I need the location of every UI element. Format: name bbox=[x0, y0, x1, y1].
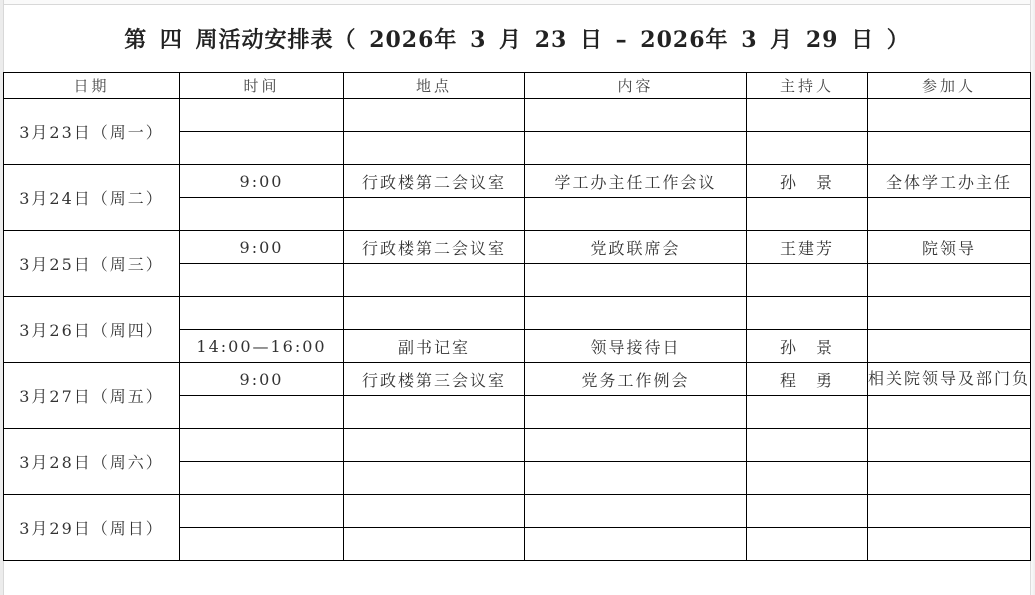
table-row: 3月23日（周一） bbox=[4, 99, 1031, 132]
schedule-table: 日期 时间 地点 内容 主持人 参加人 3月23日（周一） 3月24日（周二） bbox=[3, 72, 1031, 561]
header-content[interactable]: 内容 bbox=[525, 73, 747, 99]
host-cell[interactable]: 王建芳 bbox=[747, 231, 868, 264]
time-cell[interactable] bbox=[180, 132, 344, 165]
host-cell[interactable]: 程 勇 bbox=[747, 363, 868, 396]
content-cell[interactable] bbox=[525, 396, 747, 429]
time-cell[interactable]: 9:00 bbox=[180, 363, 344, 396]
content-cell[interactable] bbox=[525, 297, 747, 330]
content-cell[interactable] bbox=[525, 198, 747, 231]
time-cell[interactable]: 9:00 bbox=[180, 231, 344, 264]
attendees-cell[interactable] bbox=[868, 396, 1031, 429]
attendees-cell[interactable] bbox=[868, 132, 1031, 165]
host-cell[interactable] bbox=[747, 132, 868, 165]
date-cell[interactable]: 3月25日（周三） bbox=[4, 231, 180, 297]
attendees-cell[interactable]: 院领导 bbox=[868, 231, 1031, 264]
host-cell[interactable] bbox=[747, 429, 868, 462]
date-cell[interactable]: 3月28日（周六） bbox=[4, 429, 180, 495]
time-cell[interactable]: 9:00 bbox=[180, 165, 344, 198]
place-cell[interactable] bbox=[344, 429, 525, 462]
place-cell[interactable] bbox=[344, 528, 525, 561]
place-cell[interactable]: 副书记室 bbox=[344, 330, 525, 363]
attendees-cell[interactable]: 相关院领导及部门负责人 bbox=[868, 363, 1031, 396]
host-cell[interactable] bbox=[747, 99, 868, 132]
time-cell[interactable] bbox=[180, 528, 344, 561]
content-cell[interactable] bbox=[525, 495, 747, 528]
place-cell[interactable]: 行政楼第三会议室 bbox=[344, 363, 525, 396]
time-cell[interactable] bbox=[180, 198, 344, 231]
time-cell[interactable] bbox=[180, 264, 344, 297]
content-cell[interactable]: 党务工作例会 bbox=[525, 363, 747, 396]
time-cell[interactable]: 14:00—16:00 bbox=[180, 330, 344, 363]
place-cell[interactable]: 行政楼第二会议室 bbox=[344, 231, 525, 264]
content-cell[interactable]: 领导接待日 bbox=[525, 330, 747, 363]
date-cell[interactable]: 3月24日（周二） bbox=[4, 165, 180, 231]
place-cell[interactable] bbox=[344, 264, 525, 297]
place-cell[interactable] bbox=[344, 396, 525, 429]
place-cell[interactable] bbox=[344, 297, 525, 330]
time-cell[interactable] bbox=[180, 429, 344, 462]
attendees-cell[interactable] bbox=[868, 99, 1031, 132]
host-cell[interactable] bbox=[747, 528, 868, 561]
content-cell[interactable] bbox=[525, 132, 747, 165]
header-host[interactable]: 主持人 bbox=[747, 73, 868, 99]
content-cell[interactable] bbox=[525, 264, 747, 297]
time-cell[interactable] bbox=[180, 495, 344, 528]
host-cell[interactable] bbox=[747, 198, 868, 231]
header-attendees[interactable]: 参加人 bbox=[868, 73, 1031, 99]
host-cell[interactable] bbox=[747, 462, 868, 495]
date-cell[interactable]: 3月23日（周一） bbox=[4, 99, 180, 165]
content-cell[interactable] bbox=[525, 528, 747, 561]
attendees-cell[interactable] bbox=[868, 198, 1031, 231]
time-cell[interactable] bbox=[180, 297, 344, 330]
page-title: 第 四 周活动安排表（ 2026年 3 月 23 日 – 2026年 3 月 2… bbox=[4, 5, 1030, 72]
attendees-cell[interactable]: 全体学工办主任 bbox=[868, 165, 1031, 198]
content-cell[interactable]: 党政联席会 bbox=[525, 231, 747, 264]
header-time[interactable]: 时间 bbox=[180, 73, 344, 99]
attendees-cell[interactable] bbox=[868, 297, 1031, 330]
date-cell[interactable]: 3月29日（周日） bbox=[4, 495, 180, 561]
header-row: 日期 时间 地点 内容 主持人 参加人 bbox=[4, 73, 1031, 99]
host-cell[interactable] bbox=[747, 495, 868, 528]
host-cell[interactable] bbox=[747, 297, 868, 330]
header-date[interactable]: 日期 bbox=[4, 73, 180, 99]
time-cell[interactable] bbox=[180, 99, 344, 132]
table-row: 3月24日（周二） 9:00 行政楼第二会议室 学工办主任工作会议 孙 景 全体… bbox=[4, 165, 1031, 198]
host-cell[interactable] bbox=[747, 264, 868, 297]
header-place[interactable]: 地点 bbox=[344, 73, 525, 99]
table-row: 3月27日（周五） 9:00 行政楼第三会议室 党务工作例会 程 勇 相关院领导… bbox=[4, 363, 1031, 396]
table-row: 3月26日（周四） bbox=[4, 297, 1031, 330]
table-row: 3月25日（周三） 9:00 行政楼第二会议室 党政联席会 王建芳 院领导 bbox=[4, 231, 1031, 264]
place-cell[interactable] bbox=[344, 495, 525, 528]
place-cell[interactable] bbox=[344, 132, 525, 165]
host-cell[interactable]: 孙 景 bbox=[747, 165, 868, 198]
host-cell[interactable]: 孙 景 bbox=[747, 330, 868, 363]
table-row: 3月28日（周六） bbox=[4, 429, 1031, 462]
date-cell[interactable]: 3月27日（周五） bbox=[4, 363, 180, 429]
content-cell[interactable] bbox=[525, 429, 747, 462]
place-cell[interactable] bbox=[344, 99, 525, 132]
attendees-cell[interactable] bbox=[868, 528, 1031, 561]
table-row: 3月29日（周日） bbox=[4, 495, 1031, 528]
place-cell[interactable] bbox=[344, 462, 525, 495]
time-cell[interactable] bbox=[180, 396, 344, 429]
place-cell[interactable] bbox=[344, 198, 525, 231]
attendees-cell[interactable] bbox=[868, 462, 1031, 495]
place-cell[interactable]: 行政楼第二会议室 bbox=[344, 165, 525, 198]
date-cell[interactable]: 3月26日（周四） bbox=[4, 297, 180, 363]
attendees-cell[interactable] bbox=[868, 495, 1031, 528]
attendees-cell[interactable] bbox=[868, 429, 1031, 462]
content-cell[interactable] bbox=[525, 99, 747, 132]
content-cell[interactable] bbox=[525, 462, 747, 495]
host-cell[interactable] bbox=[747, 396, 868, 429]
time-cell[interactable] bbox=[180, 462, 344, 495]
attendees-cell[interactable] bbox=[868, 330, 1031, 363]
content-cell[interactable]: 学工办主任工作会议 bbox=[525, 165, 747, 198]
attendees-cell[interactable] bbox=[868, 264, 1031, 297]
